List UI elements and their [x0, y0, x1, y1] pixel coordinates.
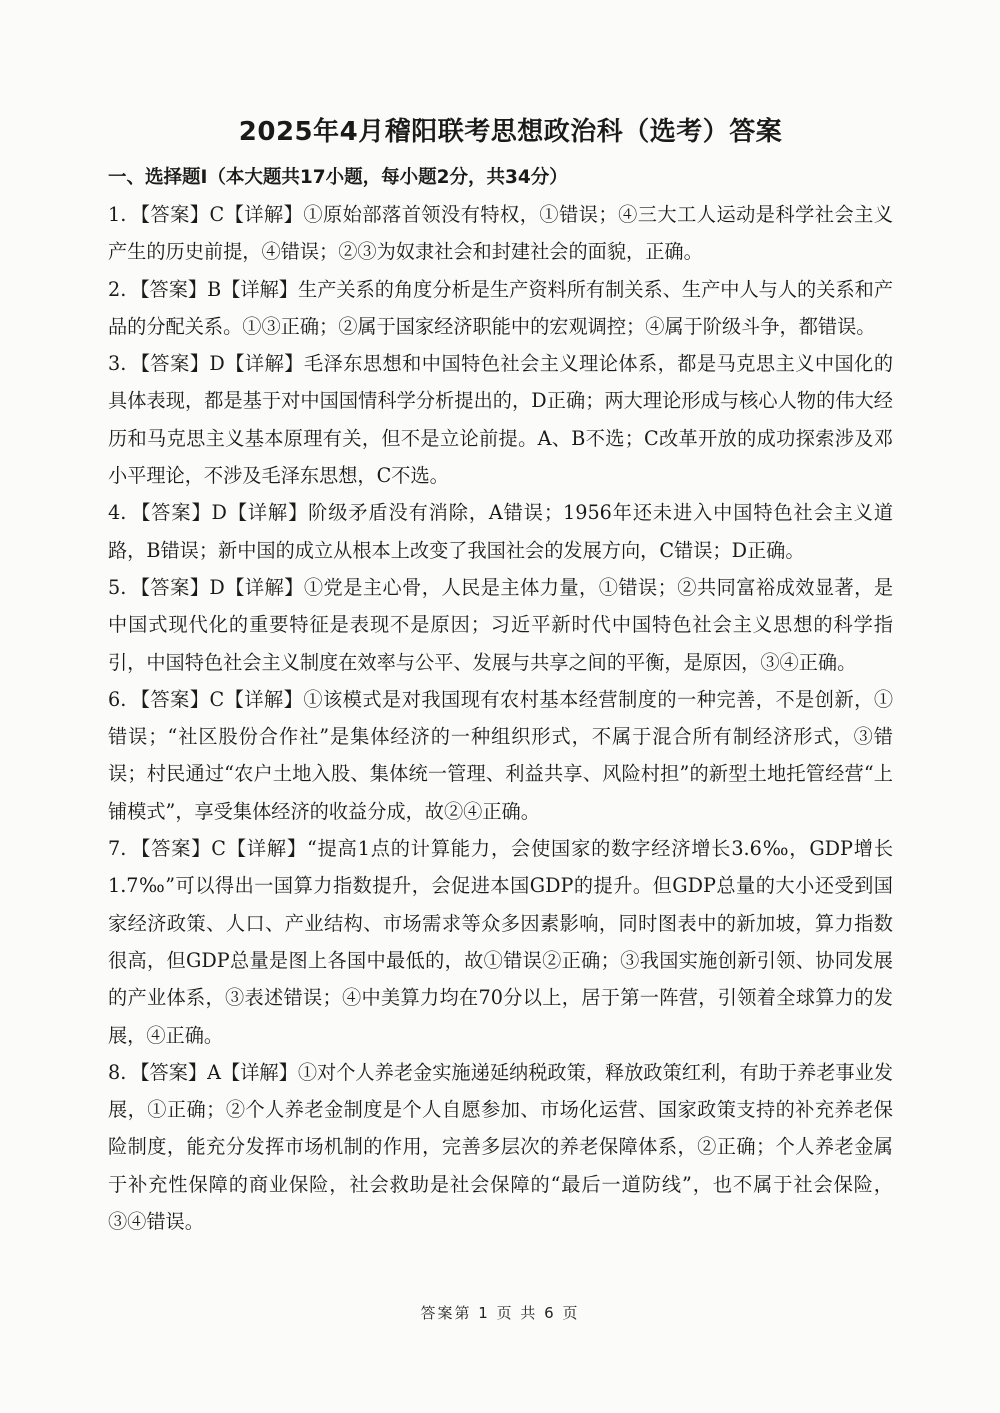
item-number: 4. [108, 501, 126, 524]
answer-label: 【答案】 [130, 576, 209, 599]
answer-choice: C [209, 688, 224, 711]
explain-label: 【详解】 [225, 352, 304, 375]
answer-label: 【答案】 [130, 501, 211, 524]
answer-label: 【答案】 [130, 688, 209, 711]
answer-choice: D [212, 501, 227, 524]
explain-label: 【详解】 [227, 501, 308, 524]
section-heading: 一、选择题I（本大题共17小题，每小题2分，共34分） [108, 162, 893, 194]
answer-choice: B [207, 278, 221, 301]
explain-label: 【详解】 [221, 1061, 298, 1084]
answer-choice: A [207, 1061, 221, 1084]
answer-label: 【答案】 [130, 352, 209, 375]
explain-label: 【详解】 [225, 576, 304, 599]
answer-item: 5.【答案】D【详解】①党是主心骨，人民是主体力量，①错误；②共同富裕成效显著，… [108, 569, 893, 681]
explain-label: 【详解】 [221, 278, 298, 301]
answer-item: 3.【答案】D【详解】毛泽东思想和中国特色社会主义理论体系，都是马克思主义中国化… [108, 345, 893, 494]
item-number: 8. [108, 1061, 126, 1084]
answer-item: 6.【答案】C【详解】①该模式是对我国现有农村基本经营制度的一种完善，不是创新，… [108, 681, 893, 830]
document-title: 2025年4月稽阳联考思想政治科（选考）答案 [108, 112, 893, 152]
answer-item: 7.【答案】C【详解】“提高1点的计算能力，会使国家的数字经济增长3.6‰，GD… [108, 830, 893, 1054]
page-footer: 答案第 1 页 共 6 页 [0, 1302, 1000, 1323]
answer-choice: D [209, 576, 224, 599]
item-number: 2. [108, 278, 126, 301]
explain-label: 【详解】 [224, 688, 303, 711]
answer-label: 【答案】 [130, 203, 209, 226]
item-number: 3. [108, 352, 126, 375]
answer-choice: C [211, 837, 226, 860]
answer-item: 8.【答案】A【详解】①对个人养老金实施递延纳税政策，释放政策红利，有助于养老事… [108, 1054, 893, 1240]
explanation-text: ①对个人养老金实施递延纳税政策，释放政策红利，有助于养老事业发展，①正确；②个人… [108, 1061, 893, 1233]
answer-label: 【答案】 [130, 278, 207, 301]
item-number: 7. [108, 837, 126, 860]
explain-label: 【详解】 [224, 203, 303, 226]
item-number: 6. [108, 688, 126, 711]
answer-sheet-page: 2025年4月稽阳联考思想政治科（选考）答案 一、选择题I（本大题共17小题，每… [108, 112, 893, 1240]
explain-label: 【详解】 [226, 837, 307, 860]
explanation-text: “提高1点的计算能力，会使国家的数字经济增长3.6‰，GDP增长1.7‰”可以得… [108, 837, 893, 1046]
answer-choice: D [209, 352, 224, 375]
answer-item: 2.【答案】B【详解】生产关系的角度分析是生产资料所有制关系、生产中人与人的关系… [108, 271, 893, 346]
answer-list: 1.【答案】C【详解】①原始部落首领没有特权，①错误；④三大工人运动是科学社会主… [108, 196, 893, 1240]
item-number: 5. [108, 576, 126, 599]
item-number: 1. [108, 203, 126, 226]
answer-label: 【答案】 [130, 837, 211, 860]
answer-item: 4.【答案】D【详解】阶级矛盾没有消除，A错误；1956年还未进入中国特色社会主… [108, 494, 893, 569]
answer-item: 1.【答案】C【详解】①原始部落首领没有特权，①错误；④三大工人运动是科学社会主… [108, 196, 893, 271]
answer-choice: C [209, 203, 224, 226]
answer-label: 【答案】 [130, 1061, 207, 1084]
